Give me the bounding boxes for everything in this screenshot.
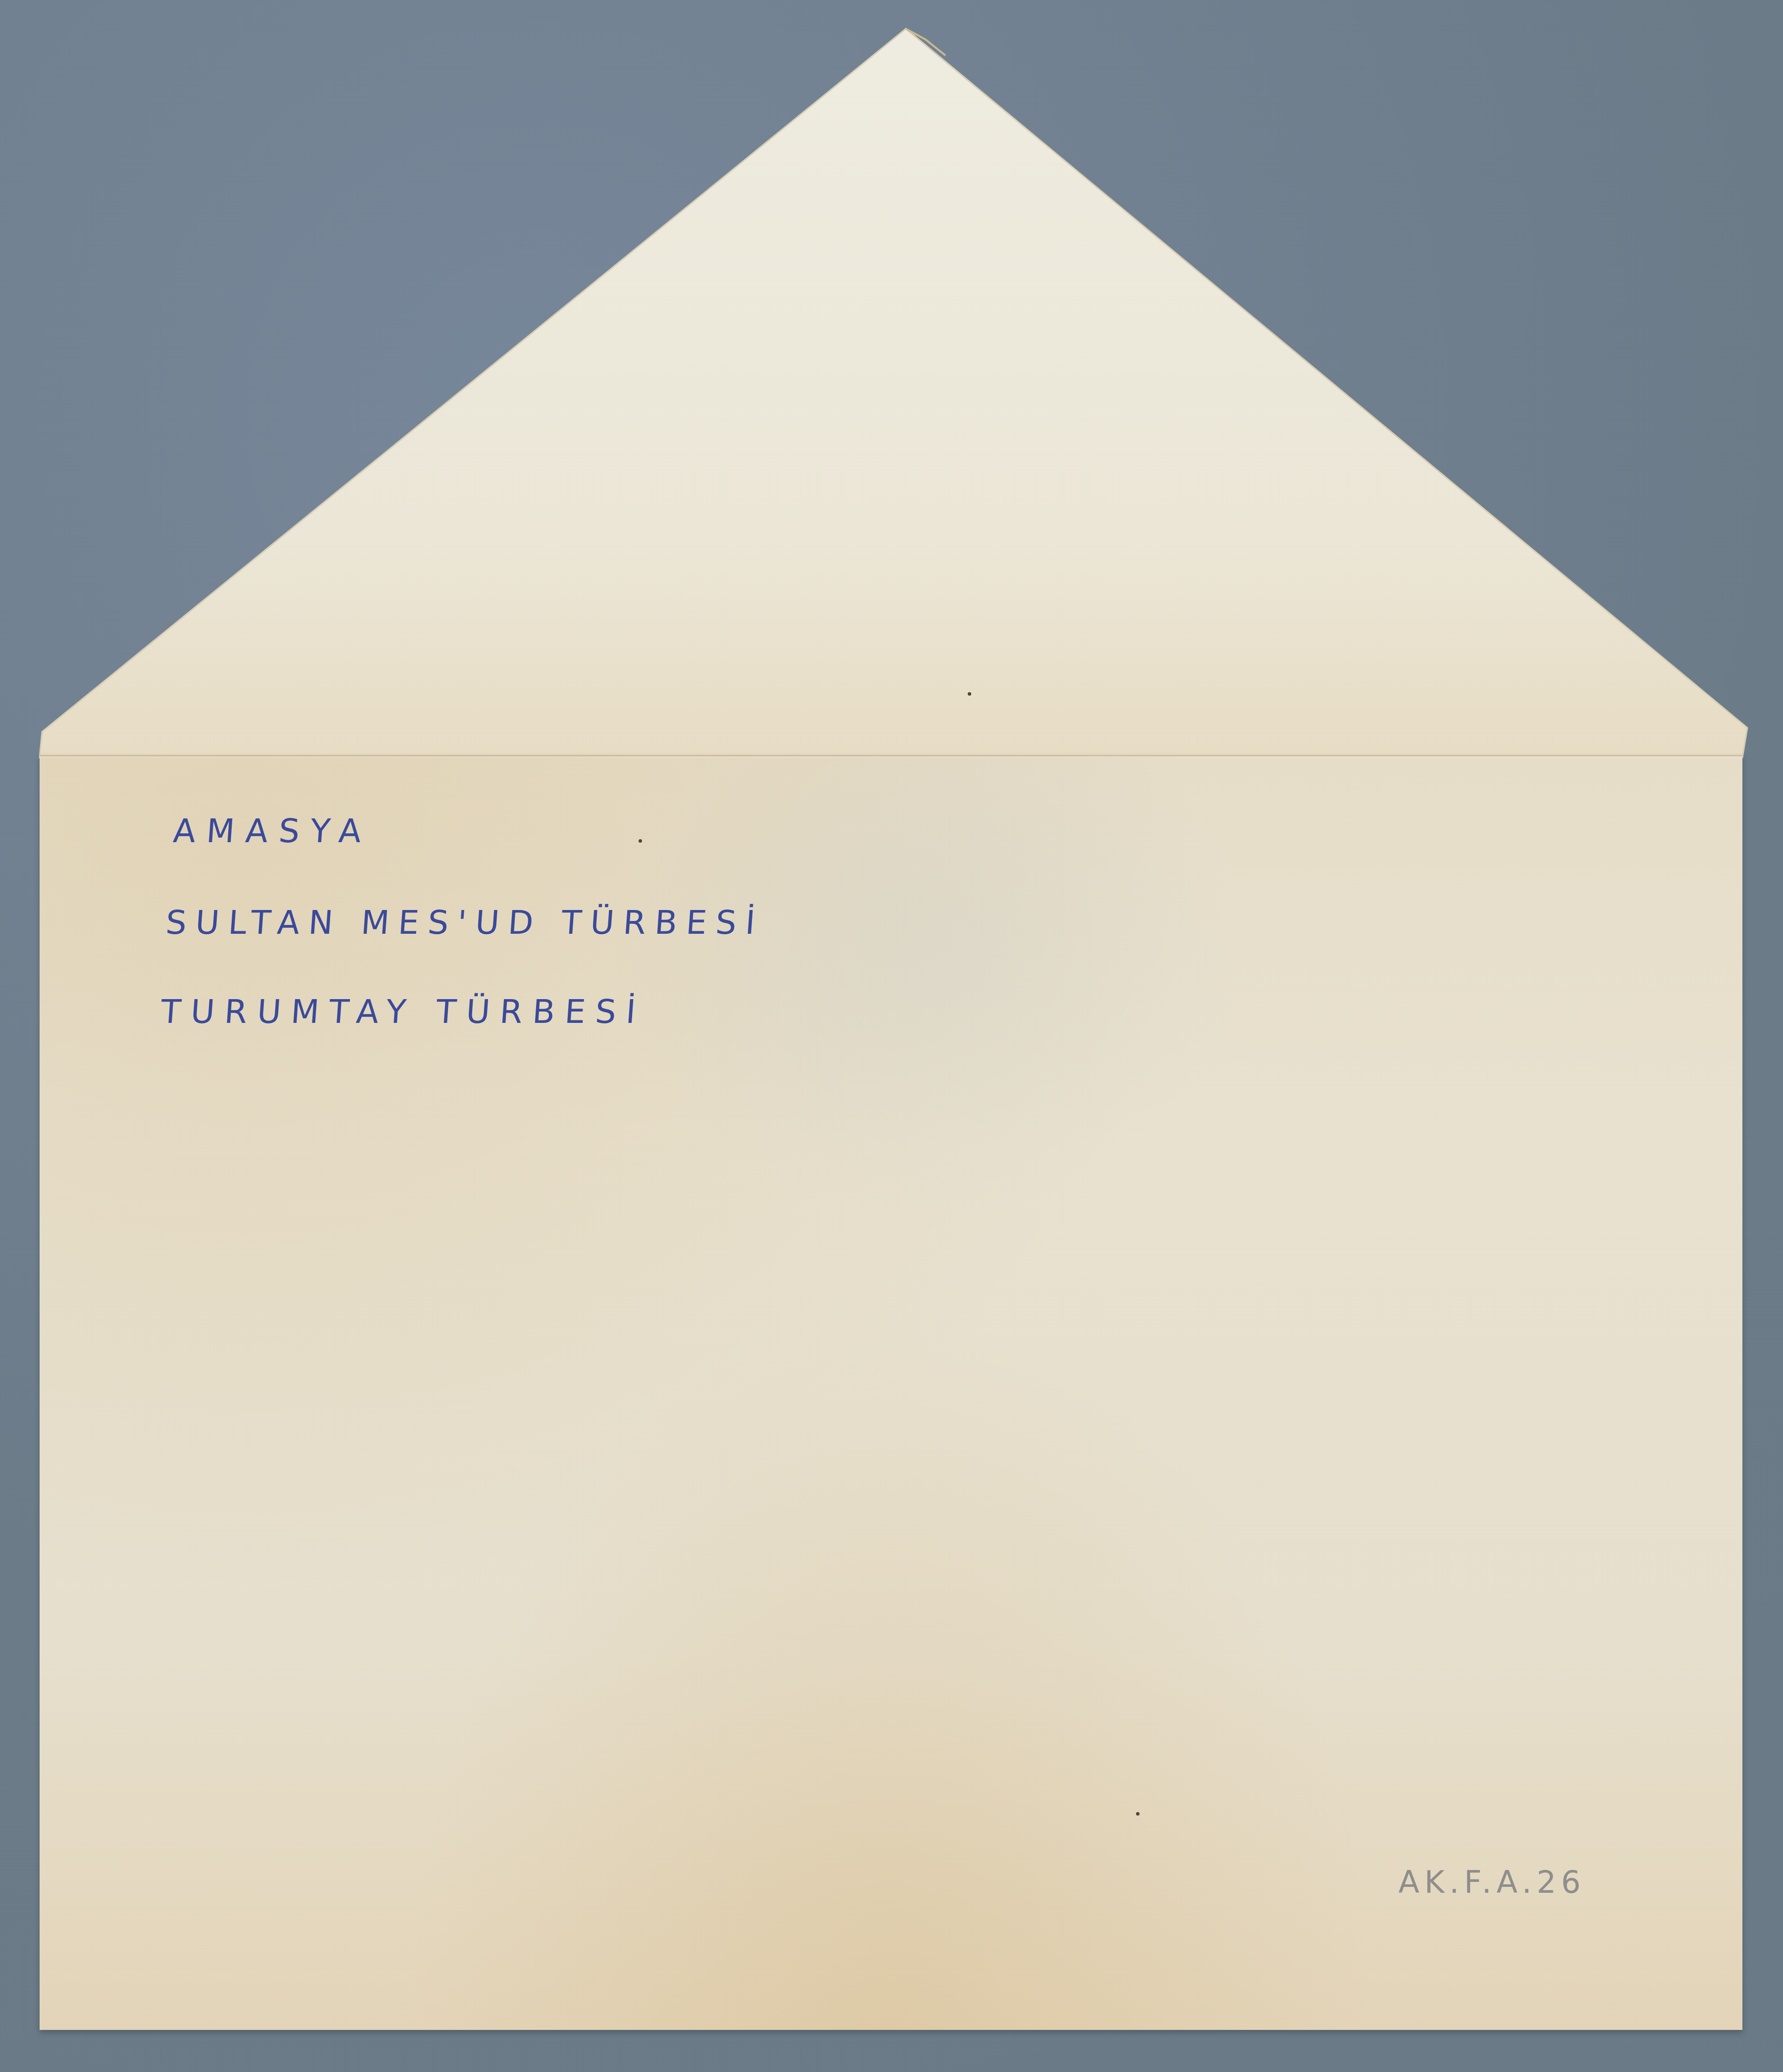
envelope-body: AMASYA SULTAN MES'UD TÜRBESİ TURUMTAY TÜ… bbox=[40, 755, 1742, 2030]
paper-speck bbox=[968, 692, 971, 696]
flap-show-through bbox=[609, 755, 1252, 1220]
handwritten-monument-1: SULTAN MES'UD TÜRBESİ bbox=[164, 904, 765, 942]
catalog-number: AK.F.A.26 bbox=[1398, 1864, 1585, 1900]
paper-speck bbox=[639, 839, 642, 843]
handwritten-monument-2: TURUMTAY TÜRBESİ bbox=[159, 993, 646, 1031]
scan-background: AMASYA SULTAN MES'UD TÜRBESİ TURUMTAY TÜ… bbox=[0, 0, 1783, 2072]
handwritten-city: AMASYA bbox=[172, 812, 373, 850]
paper-speck bbox=[1136, 1812, 1139, 1816]
fold-line bbox=[40, 755, 1742, 758]
